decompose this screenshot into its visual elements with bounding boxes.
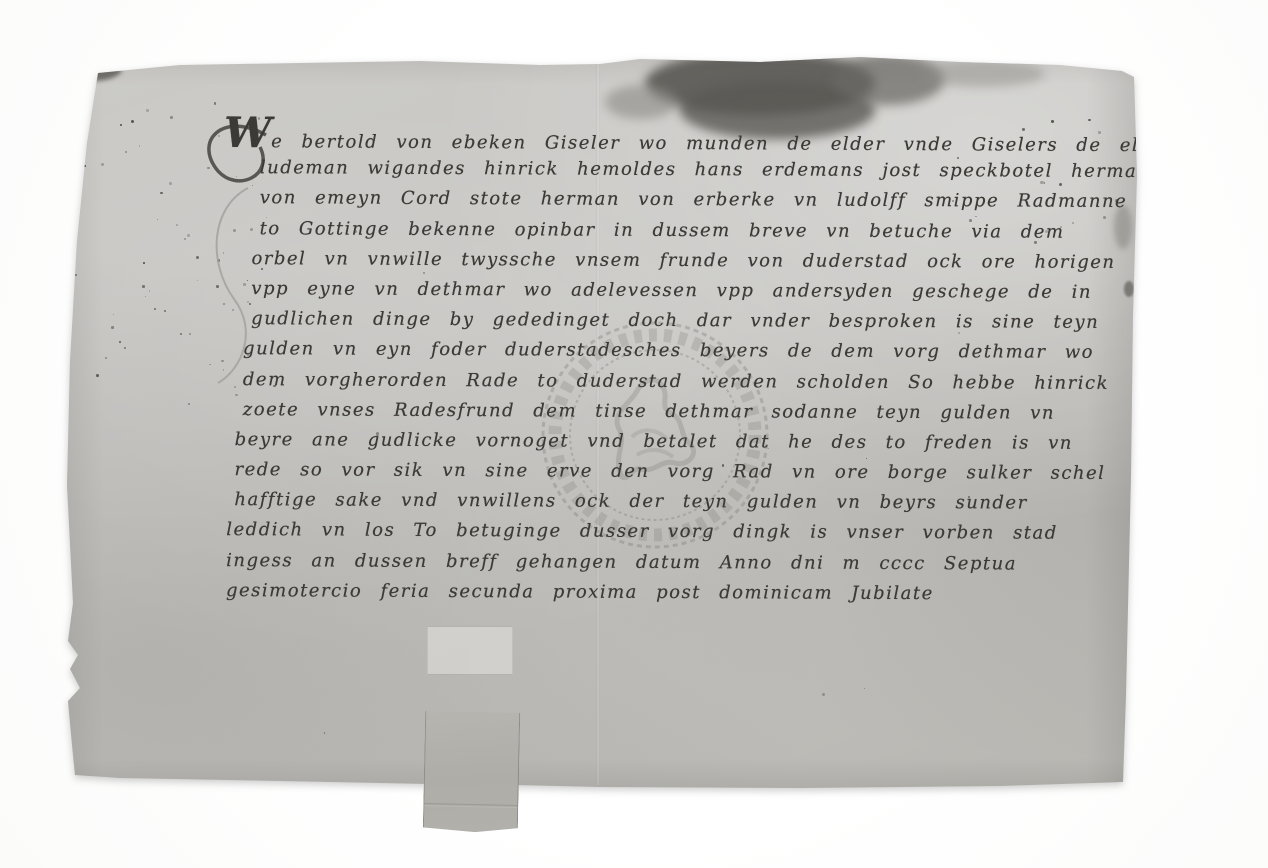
- ink-speck: [111, 326, 114, 329]
- ink-speck: [89, 103, 90, 104]
- ink-speck: [125, 151, 127, 153]
- ink-speck: [864, 688, 865, 689]
- ink-speck: [324, 732, 326, 734]
- ink-speck: [1051, 120, 1053, 122]
- manuscript-line: beyre ane gudlicke vornoget vnd betalet …: [223, 425, 1118, 459]
- manuscript-line: vpp eyne vn dethmar wo adelevessen vpp a…: [223, 274, 1118, 308]
- seal-tongue-tab: [423, 711, 520, 833]
- manuscript-line: gulden vn eyn foder duderstadesches beye…: [223, 334, 1118, 368]
- ink-speck: [75, 274, 77, 276]
- manuscript-line: von emeyn Cord stote herman von erberke …: [224, 183, 1119, 217]
- ink-speck: [83, 106, 85, 108]
- ink-speck: [822, 693, 825, 696]
- manuscript-line: orbel vn vnwille twyssche vnsem frunde v…: [223, 244, 1118, 278]
- manuscript-line: gudlichen dinge by gededinget doch dar v…: [223, 304, 1118, 338]
- ink-speck: [142, 285, 145, 288]
- manuscript-line: dem vorgherorden Rade to duderstad werde…: [223, 365, 1118, 399]
- ink-speck: [119, 341, 121, 343]
- manuscript-line: ingess an dussen breff gehangen datum An…: [222, 546, 1117, 580]
- ink-speck: [146, 109, 149, 112]
- manuscript-line: ludeman wigandes hinrick hemoldes hans e…: [224, 153, 1119, 187]
- manuscript-line: rede so vor sik vn sine erve den vorg Ra…: [222, 455, 1117, 489]
- ink-speck: [124, 347, 125, 348]
- manuscript-text: We bertold von ebeken Giseler wo munden …: [222, 123, 1119, 610]
- ink-speck: [143, 262, 145, 264]
- ink-stain-blob: [605, 85, 677, 119]
- ink-speck: [105, 357, 108, 360]
- tongue-crease: [424, 803, 517, 808]
- ink-speck: [1088, 119, 1091, 122]
- seal-tongue-band: [427, 626, 513, 675]
- manuscript-line: to Gottinge bekenne opinbar in dussem br…: [224, 214, 1119, 248]
- ink-speck: [84, 165, 86, 167]
- ink-speck: [96, 374, 99, 377]
- ink-speck: [139, 145, 140, 146]
- photo-backdrop: { "photo": { "background_color": "#fffff…: [0, 0, 1268, 868]
- right-edge-spot: [1124, 281, 1134, 297]
- ink-speck: [79, 143, 82, 146]
- ink-speck: [145, 296, 146, 297]
- ink-speck: [131, 120, 134, 123]
- manuscript-line: hafftige sake vnd vnwillens ock der teyn…: [222, 485, 1117, 519]
- ink-speck: [214, 102, 217, 105]
- ink-speck: [120, 124, 122, 126]
- manuscript-line: leddich vn los To betuginge dusser vorg …: [222, 515, 1117, 549]
- corner-stain-spot: [85, 63, 123, 83]
- parchment-sheet: We bertold von ebeken Giseler wo munden …: [60, 55, 1140, 795]
- manuscript-line: We bertold von ebeken Giseler wo munden …: [224, 123, 1119, 157]
- manuscript-line: zoete vnses Radesfrund dem tinse dethmar…: [223, 395, 1118, 429]
- ink-speck: [101, 163, 103, 165]
- ink-stain-blob: [920, 61, 1045, 87]
- parchment-surface: We bertold von ebeken Giseler wo munden …: [60, 55, 1140, 795]
- ink-speck: [113, 314, 114, 315]
- manuscript-line: gesimotercio feria secunda proxima post …: [222, 576, 1117, 610]
